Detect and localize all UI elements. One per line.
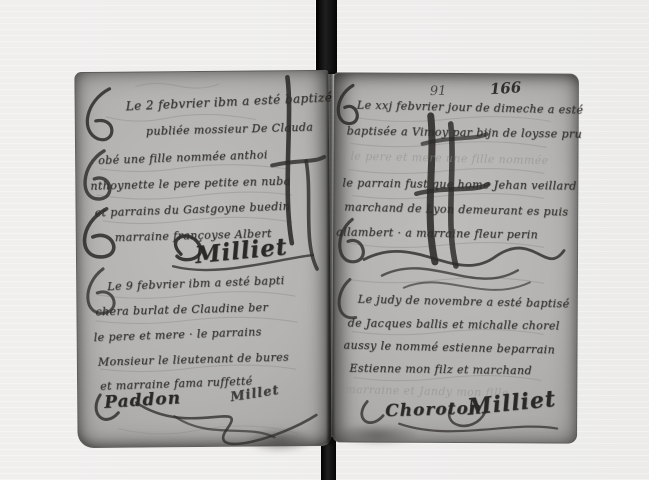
handwriting-line: aussy le nommé estienne beparrain (343, 340, 555, 356)
handwriting-line: Le judy de novembre a esté baptisé (358, 294, 570, 310)
handwriting-line: le pere et mere · le parrains (94, 326, 262, 343)
ink-stain (335, 423, 419, 445)
signature: Milliet (194, 235, 288, 267)
signature: Milliet (466, 388, 557, 419)
handwriting-line: Le 2 febvrier ibm a esté baptizé (125, 91, 332, 112)
handwriting-line: publiée mossieur De Clauda (146, 122, 314, 137)
book-clamp-strap-top (316, 0, 337, 74)
handwriting-line: Monsieur le lieutenant de bures (98, 352, 289, 368)
handwriting-line: baptisée a Vimoy par bijn de loysse pru (347, 125, 583, 139)
signature: Paddon (104, 390, 182, 412)
page-number: 166 (489, 78, 521, 98)
folio-number: 91 (430, 84, 447, 99)
left-page: Le 2 febvrier ibm a esté baptizé publiée… (74, 70, 331, 448)
handwriting-line: Le xxj febvrier jour de dimeche a esté (357, 100, 584, 116)
manuscript-scan: Le 2 febvrier ibm a esté baptizé publiée… (0, 0, 649, 480)
book-gutter (327, 72, 334, 444)
handwriting-line: Estienne mon filz et marchand (349, 363, 532, 377)
handwriting-line: chera burlat de Claudine ber (95, 302, 268, 318)
handwriting-line: marchand de Lyon demeurant es puis (344, 201, 568, 217)
handwriting-line: et parrains du Gastgoyne buedin (94, 201, 290, 219)
handwriting-line: nthoynette le pere petite en nuba (90, 175, 290, 191)
handwriting-line: le pere et mere une fille nommée (350, 151, 548, 166)
ink-stain (243, 427, 315, 454)
right-page: 91 166 Le xxj febvrier jour de dimeche a… (332, 72, 579, 443)
handwriting-line: de Jacques ballis et michalle chorel (348, 318, 560, 332)
handwriting-line: obé une fille nommée anthoi (98, 149, 268, 166)
handwriting-line: allambert · a marraine fleur perin (336, 226, 538, 240)
handwriting-line: le parrain fust que home Jehan veillard (342, 177, 576, 191)
handwriting-line: Le 9 febvrier ibm a esté bapti (107, 275, 285, 292)
